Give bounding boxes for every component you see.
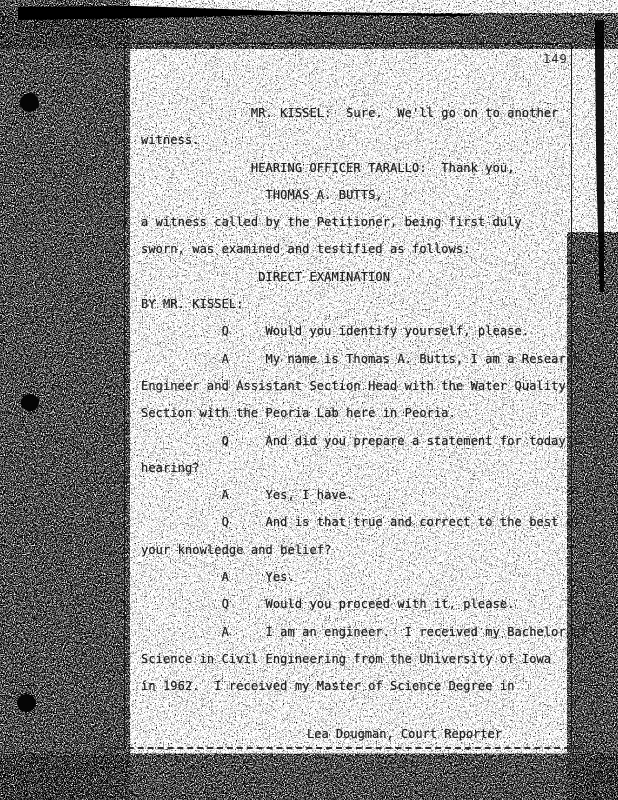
- hole-punch-middle: [21, 394, 39, 411]
- transcript-line: a witness called by the Petitioner, bein…: [141, 209, 588, 236]
- transcript-line: BY MR. KISSEL:: [141, 291, 588, 318]
- transcript-line: Q Would you proceed with it, please.: [141, 591, 588, 618]
- transcript-line: A I am an engineer. I received my Bachel…: [141, 619, 588, 646]
- transcript-line: Science in Civil Engineering from the Un…: [141, 646, 588, 673]
- transcript-line: sworn, was examined and testified as fol…: [141, 236, 588, 263]
- transcript-line: THOMAS A. BUTTS,: [141, 182, 588, 209]
- transcript-line: Q Would you identify yourself, please.: [141, 318, 588, 345]
- transcript-line: witness.: [141, 127, 588, 154]
- transcript-line: hearing?: [141, 455, 588, 482]
- transcript-line: MR. KISSEL: Sure. We'll go on to another: [141, 100, 588, 127]
- hole-punch-bottom: [17, 694, 36, 712]
- transcript-line: A My name is Thomas A. Butts, I am a Res…: [141, 346, 588, 373]
- transcript-line: your knowledge and belief?: [141, 537, 588, 564]
- page-number: 149: [543, 52, 568, 66]
- scanned-transcript-page: 149 MR. KISSEL: Sure. We'll go on to ano…: [0, 0, 618, 800]
- transcript-line: Q And did you prepare a statement for to…: [141, 428, 588, 455]
- scan-edge-artifact-right: [593, 20, 604, 292]
- transcript-line: in 1962. I received my Master of Science…: [141, 673, 588, 700]
- hole-punch-top: [20, 93, 39, 112]
- transcript-line: A Yes, I have.: [141, 482, 588, 509]
- transcript-line: Section with the Peoria Lab here in Peor…: [141, 400, 588, 427]
- court-reporter-footer: Lea Dougman, Court Reporter: [307, 727, 502, 741]
- transcript-line: Q And is that true and correct to the be…: [141, 509, 588, 536]
- page-border-bottom-dashed: [98, 747, 580, 749]
- transcript-line: Engineer and Assistant Section Head with…: [141, 373, 588, 400]
- transcript-line: HEARING OFFICER TARALLO: Thank you,: [141, 155, 588, 182]
- scan-edge-artifact-top: [18, 6, 470, 20]
- transcript-line: A Yes.: [141, 564, 588, 591]
- transcript-line: DIRECT EXAMINATION: [141, 264, 588, 291]
- transcript-body: MR. KISSEL: Sure. We'll go on to another…: [141, 100, 588, 701]
